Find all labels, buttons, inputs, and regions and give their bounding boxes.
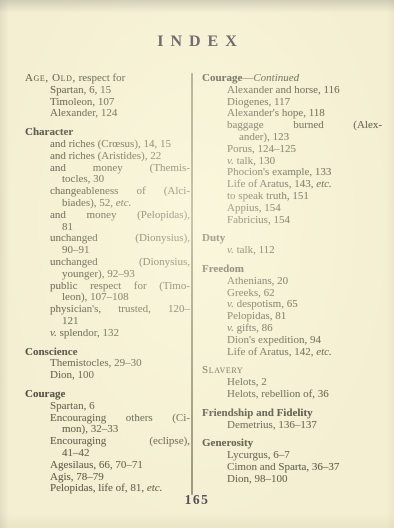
entry-text-segment: Dion, 98–100: [227, 473, 288, 485]
heading-text-segment: Slavery: [202, 364, 243, 376]
entry-text-segment: v.: [50, 327, 57, 339]
entry-text-segment: Diogenes, 117: [227, 96, 290, 108]
entry-text-segment: younger), 92–93: [62, 268, 135, 280]
entry-text-segment: unchanged (Dionysius,: [50, 256, 190, 268]
index-entry-line: Encouraging (eclipse),: [25, 436, 190, 448]
page-title: INDEX: [0, 33, 394, 51]
index-entry-line: Life of Aratus, 142, etc.: [202, 347, 382, 359]
entry-text-segment: v.: [227, 322, 234, 334]
entry-text-segment: v.: [227, 155, 234, 167]
entry-text-segment: Agesilaus, 66, 70–71: [50, 459, 143, 471]
entry-text-segment: and riches (Crœsus), 14, 15: [50, 138, 171, 150]
entry-text-segment: Spartan, 6, 15: [50, 84, 111, 96]
heading-text-segment: Friendship and Fidelity: [202, 407, 313, 419]
index-entry-line: Dion, 100: [25, 370, 190, 382]
heading-text-segment: Character: [25, 126, 73, 138]
entry-text-segment: Themistocles, 29–30: [50, 357, 142, 369]
index-column-right: Courage—ContinuedAlexander and horse, 11…: [193, 73, 382, 495]
heading-text-segment: Generosity: [202, 437, 253, 449]
entry-text-segment: Spartan, 6: [50, 400, 95, 412]
entry-text-segment: talk, 112: [234, 244, 275, 256]
index-section: Characterand riches (Crœsus), 14, 15and …: [25, 127, 190, 339]
heading-text-segment: Age, Old,: [25, 72, 76, 84]
heading-text-segment: —: [242, 72, 253, 84]
entry-text-segment: Fabricius, 154: [227, 214, 290, 226]
entry-text-segment: Alexander and horse, 116: [227, 84, 340, 96]
entry-text-segment: etc.: [316, 346, 332, 358]
entry-text-segment: Appius, 154: [227, 202, 281, 214]
heading-text-segment: Continued: [253, 72, 299, 84]
entry-text-segment: Porus, 124–125: [227, 143, 296, 155]
index-entry-line: Dion, 98–100: [202, 474, 382, 486]
index-entry-line: Demetrius, 136–137: [202, 420, 382, 432]
entry-text-segment: v.: [227, 298, 234, 310]
heading-text-segment: Courage: [25, 388, 65, 400]
index-entry-line: and money (Themis-: [25, 163, 190, 175]
index-section: FreedomAthenians, 20Greeks, 62v. despoti…: [202, 264, 382, 358]
heading-text-segment: Duty: [202, 232, 225, 244]
entry-text-segment: mon), 32–33: [62, 423, 118, 435]
entry-text-segment: Life of Aratus, 143,: [227, 178, 316, 190]
entry-text-segment: Life of Aratus, 142,: [227, 346, 316, 358]
index-section: Courage—ContinuedAlexander and horse, 11…: [202, 73, 382, 226]
entry-text-segment: Greeks, 62: [227, 287, 275, 299]
entry-text-segment: changeableness of (Alci-: [50, 185, 190, 197]
entry-text-segment: leon), 107–108: [62, 291, 129, 303]
book-page: INDEX Age, Old, respect forSpartan, 6, 1…: [0, 0, 394, 528]
index-section: ConscienceThemistocles, 29–30Dion, 100: [25, 347, 190, 382]
entry-text-segment: ander), 123: [239, 131, 289, 143]
heading-text-segment: Freedom: [202, 263, 244, 275]
entry-text-segment: Helots, 2: [227, 376, 267, 388]
entry-text-segment: 41–42: [62, 447, 90, 459]
index-section: Age, Old, respect forSpartan, 6, 15Timol…: [25, 73, 190, 120]
entry-text-segment: Dion, 100: [50, 369, 94, 381]
heading-text-segment: Courage: [202, 72, 242, 84]
entry-text-segment: biades), 52,: [62, 197, 116, 209]
entry-text-segment: unchanged (Dionysius),: [50, 232, 190, 244]
entry-text-segment: 81: [62, 221, 73, 233]
entry-text-segment: physician's, trusted, 120–: [50, 303, 190, 315]
entry-text-segment: splendor, 132: [57, 327, 119, 339]
entry-text-segment: Helots, rebellion of, 36: [227, 388, 329, 400]
entry-text-segment: Encouraging others (Ci-: [50, 412, 190, 424]
index-entry-line: Alexander, 124: [25, 108, 190, 120]
index-section: Dutyv. talk, 112: [202, 233, 382, 257]
entry-text-segment: Lycurgus, 6–7: [227, 449, 290, 461]
entry-text-segment: and money (Pelopidas),: [50, 209, 190, 221]
index-entry-line: unchanged (Dionysius),: [25, 233, 190, 245]
entry-text-segment: Phocion's example, 133: [227, 166, 331, 178]
index-column-left: Age, Old, respect forSpartan, 6, 15Timol…: [25, 73, 190, 495]
entry-text-segment: etc.: [116, 197, 132, 209]
entry-text-segment: Pelopidas, 81: [227, 310, 286, 322]
index-entry-line: Fabricius, 154: [202, 215, 382, 227]
index-section: CourageSpartan, 6Encouraging others (Ci-…: [25, 389, 190, 495]
entry-text-segment: and riches (Aristides), 22: [50, 150, 161, 162]
index-entry-line: v. splendor, 132: [25, 328, 190, 340]
entry-text-segment: tocles, 30: [62, 173, 104, 185]
entry-text-segment: Cimon and Sparta, 36–37: [227, 461, 339, 473]
entry-text-segment: Agis, 78–79: [50, 471, 104, 483]
entry-text-segment: 90–91: [62, 244, 90, 256]
entry-text-segment: Athenians, 20: [227, 275, 288, 287]
index-entry-line: Helots, rebellion of, 36: [202, 389, 382, 401]
entry-text-segment: despotism, 65: [234, 298, 298, 310]
index-entry-line: and money (Pelopidas),: [25, 210, 190, 222]
index-entry-line: physician's, trusted, 120–: [25, 304, 190, 316]
entry-text-segment: and money (Themis-: [50, 162, 190, 174]
index-section: SlaveryHelots, 2Helots, rebellion of, 36: [202, 365, 382, 400]
entry-text-segment: Demetrius, 136–137: [227, 419, 317, 431]
index-section: Friendship and FidelityDemetrius, 136–13…: [202, 408, 382, 432]
entry-text-segment: etc.: [316, 178, 332, 190]
index-columns: Age, Old, respect forSpartan, 6, 15Timol…: [25, 73, 382, 495]
heading-text-segment: respect for: [76, 72, 125, 84]
heading-text-segment: Conscience: [25, 346, 78, 358]
entry-text-segment: gifts, 86: [234, 322, 273, 334]
index-entry-line: baggage burned (Alex-: [202, 120, 382, 132]
entry-text-segment: 121: [62, 315, 79, 327]
index-section: GenerosityLycurgus, 6–7Cimon and Sparta,…: [202, 438, 382, 485]
entry-text-segment: Encouraging (eclipse),: [50, 435, 190, 447]
entry-text-segment: Timoleon, 107: [50, 96, 114, 108]
entry-text-segment: Alexander's hope, 118: [227, 107, 325, 119]
entry-text-segment: to speak truth, 151: [227, 190, 309, 202]
index-entry-line: v. talk, 112: [202, 245, 382, 257]
page-number: 165: [0, 492, 394, 508]
entry-text-segment: Dion's expedition, 94: [227, 334, 321, 346]
entry-text-segment: public respect for (Timo-: [50, 280, 190, 292]
entry-text-segment: talk, 130: [234, 155, 275, 167]
entry-text-segment: Alexander, 124: [50, 107, 117, 119]
entry-text-segment: baggage burned (Alex-: [227, 119, 382, 131]
entry-text-segment: v.: [227, 244, 234, 256]
